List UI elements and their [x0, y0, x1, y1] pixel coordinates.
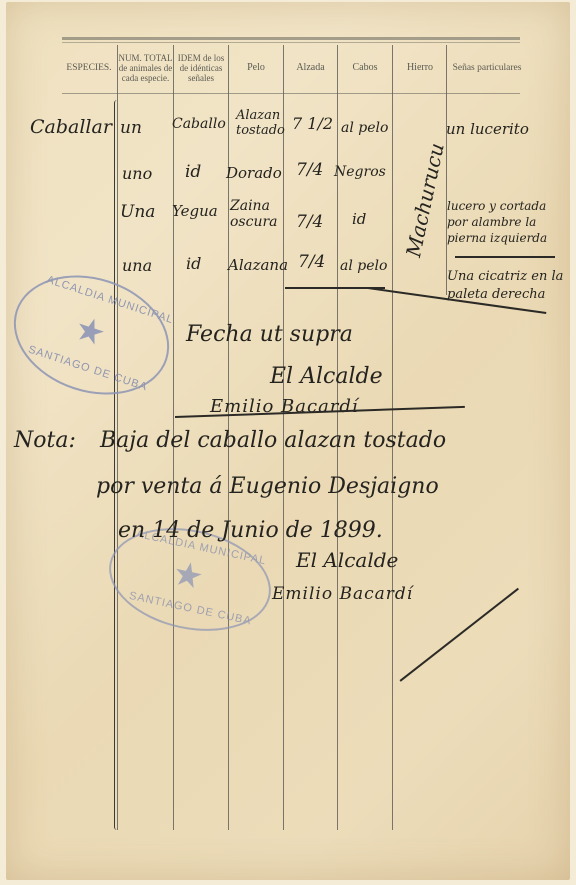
header-pelo: Pelo [229, 44, 283, 92]
header-alzada: Alzada [284, 44, 337, 92]
row3-alzada: 7/4 [296, 212, 323, 232]
alcalde-title-2: El Alcalde [296, 548, 398, 572]
header-top-rule-thin [62, 42, 520, 43]
row1-pelo: Alazan tostado [236, 108, 286, 138]
row2-idem: id [185, 162, 201, 182]
row3-num: Una [120, 202, 155, 222]
row1-num: un [120, 118, 142, 138]
row2-alzada: 7/4 [296, 160, 323, 180]
row4-cabos: al pelo [340, 258, 387, 274]
row1-cabos: al pelo [341, 120, 388, 136]
row2-cabos: Negros [334, 164, 386, 180]
header-hierro: Hierro [393, 44, 447, 92]
header-idem: IDEM de los de idénticas señales [174, 44, 228, 92]
row4-pelo: Alazana [228, 256, 288, 274]
row4-senas: Una cicatriz en la paleta derecha [447, 268, 567, 304]
star-icon: ★ [169, 553, 207, 598]
senas-underline [455, 256, 555, 258]
row4-idem: id [186, 254, 201, 273]
nota-label: Nota: [14, 428, 76, 453]
row4-num: una [122, 256, 152, 275]
row1-senas: un lucerito [446, 120, 529, 138]
species-name: Caballar [30, 116, 112, 138]
header-bottom-rule [62, 93, 520, 94]
row1-idem: Caballo [172, 116, 226, 132]
row3-senas: lucero y cortada por alambre la pierna i… [447, 198, 567, 246]
header-senas: Señas particulares [447, 44, 527, 92]
signature-2: Emilio Bacardí [272, 584, 413, 604]
header-cabos: Cabos [338, 44, 392, 92]
nota-line-3: en 14 de Junio de 1899. [118, 518, 383, 543]
nota-line-2: por venta á Eugenio Desjaigno [96, 474, 439, 499]
row4-alzada: 7/4 [298, 252, 325, 272]
row3-pelo: Zaina oscura [230, 198, 285, 230]
star-icon: ★ [70, 308, 111, 355]
row2-num: uno [122, 164, 152, 183]
row1-alzada: 7 1/2 [292, 114, 333, 133]
row2-pelo: Dorado [226, 164, 282, 182]
nota-line-1: Baja del caballo alazan tostado [100, 428, 446, 453]
header-top-rule [62, 37, 520, 40]
fecha-ut-supra: Fecha ut supra [186, 322, 353, 347]
alcalde-title-1: El Alcalde [270, 364, 383, 389]
header-num-total: NUM. TOTAL de animales de cada especie. [118, 44, 173, 92]
row3-cabos: id [352, 210, 366, 228]
header-especies: ESPECIES. [62, 44, 116, 92]
column-line [446, 45, 447, 295]
row3-idem: Yegua [172, 202, 218, 220]
